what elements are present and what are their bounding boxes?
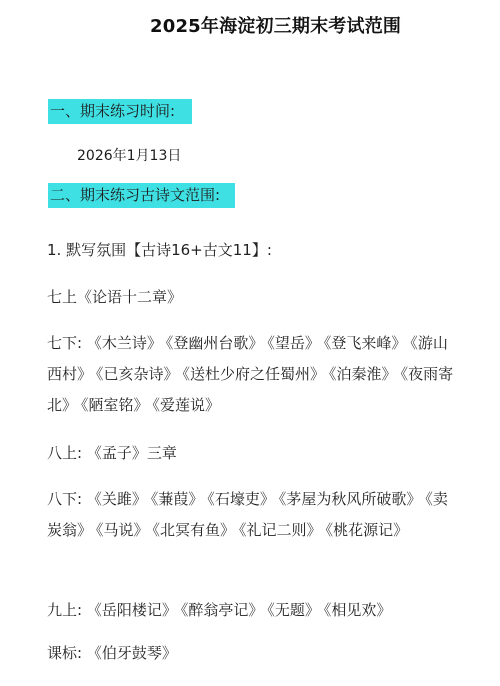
group-label: 九上: [47,601,82,619]
group-grade9-first: 九上: 《岳阳楼记》《醉翁亭记》《无题》《相见欢》 [47,600,395,620]
work-title: 《蒹葭》 [151,490,204,508]
work-title: 《北冥有鱼》 [153,521,236,539]
work-title: 《望岳》 [267,334,320,352]
work-title: 《已亥杂诗》 [96,365,179,383]
work-title: 《伯牙鼓琴》 [87,644,177,662]
work-title: 《关雎》 [87,490,147,508]
document-title: 2025年海淀初三期末考试范围 [150,12,401,38]
work-title: 《桃花源记》 [326,521,409,539]
dictation-scope-subheading: 1. 默写氛围【古诗16+古文11】: [47,240,272,260]
exam-date: 2026年1月13日 [77,145,181,165]
work-title: 《登飞来峰》 [324,334,407,352]
work-title: 《醉翁亭记》 [181,601,264,619]
work-title: 《陋室铭》 [81,396,149,414]
work-title: 《无题》 [267,601,320,619]
group-label: 七下: [47,334,82,352]
work-title: 《礼记二则》 [239,521,322,539]
group-label: 八上: [47,444,82,462]
work-title: 《泊秦淮》 [329,365,397,383]
group-grade8-second: 八下: 《关雎》《蒹葭》《石壕吏》《茅屋为秋风所破歌》《卖炭翁》《马说》《北冥有… [47,484,457,546]
work-title: 《登幽州台歌》 [166,334,264,352]
work-title: 《相见欢》 [324,601,392,619]
work-title: 《茅屋为秋风所破歌》 [279,490,422,508]
work-title: 《木兰诗》 [87,334,162,352]
work-title: 《爱莲说》 [153,396,221,414]
section-heading-exam-time: 一、期末练习时间: [48,99,192,124]
group-label: 八下: [47,490,82,508]
work-title: 《马说》 [96,521,149,539]
work-title: 《石壕吏》 [207,490,275,508]
work-title: 《岳阳楼记》 [87,601,177,619]
section-heading-poetry-scope: 二、期末练习古诗文范围: [48,183,235,208]
group-label: 课标: [47,644,82,662]
group-grade7-second: 七下: 《木兰诗》《登幽州台歌》《望岳》《登飞来峰》《游山西村》《已亥杂诗》《送… [47,328,457,421]
work-title: 《孟子》三章 [87,444,177,462]
work-title: 《送杜少府之任蜀州》 [183,365,326,383]
group-grade8-first: 八上: 《孟子》三章 [47,443,177,463]
group-curriculum-standard: 课标: 《伯牙鼓琴》 [47,643,177,663]
group-grade7-first: 七上《论语十二章》 [47,287,182,307]
